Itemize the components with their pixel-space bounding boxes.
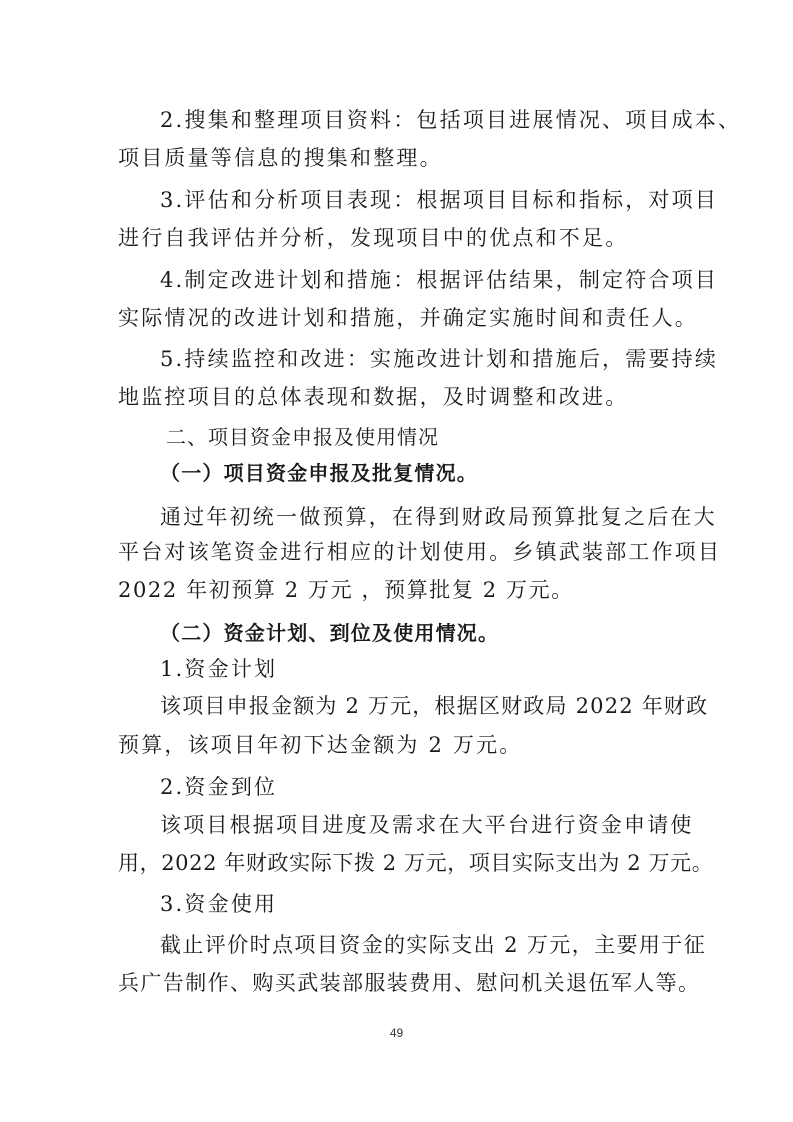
document-page: 2.搜集和整理项目资料：包括项目进展情况、项目成本、 项目质量等信息的搜集和整理… — [0, 0, 793, 1122]
sub-item-heading: 2.资金到位 — [160, 774, 683, 800]
sub-item-heading: 3.资金使用 — [160, 891, 683, 917]
paragraph-line: 该项目根据项目进度及需求在大平台进行资金申请使 — [160, 812, 683, 838]
paragraph-line: 平台对该笔资金进行相应的计划使用。乡镇武装部工作项目 — [118, 539, 683, 565]
sub-item-heading: 1.资金计划 — [160, 656, 683, 682]
subsection-heading-1: （一）项目资金申报及批复情况。 — [160, 460, 478, 486]
subsection-heading-2: （二）资金计划、到位及使用情况。 — [160, 620, 499, 646]
paragraph-line: 截止评价时点项目资金的实际支出 2 万元，主要用于征 — [160, 932, 683, 958]
page-number: 49 — [0, 1026, 793, 1040]
paragraph-line: 2022 年初预算 2 万元 ，预算批复 2 万元。 — [118, 577, 683, 603]
list-item-2-line-2: 项目质量等信息的搜集和整理。 — [118, 145, 683, 171]
list-item-4-line-1: 4.制定改进计划和措施：根据评估结果，制定符合项目 — [160, 267, 683, 293]
paragraph-line: 兵广告制作、购买武装部服装费用、慰问机关退伍军人等。 — [118, 970, 683, 996]
list-item-2-line-1: 2.搜集和整理项目资料：包括项目进展情况、项目成本、 — [160, 107, 683, 133]
section-heading: 二、项目资金申报及使用情况 — [166, 424, 439, 450]
list-item-3-line-1: 3.评估和分析项目表现：根据项目目标和指标，对项目 — [160, 187, 683, 213]
paragraph-line: 该项目申报金额为 2 万元，根据区财政局 2022 年财政 — [160, 693, 683, 719]
paragraph-line: 用，2022 年财政实际下拨 2 万元，项目实际支出为 2 万元。 — [118, 850, 683, 876]
list-item-5-line-2: 地监控项目的总体表现和数据，及时调整和改进。 — [118, 384, 683, 410]
list-item-3-line-2: 进行自我评估并分析，发现项目中的优点和不足。 — [118, 225, 683, 251]
paragraph-line: 通过年初统一做预算，在得到财政局预算批复之后在大 — [160, 504, 683, 530]
list-item-4-line-2: 实际情况的改进计划和措施，并确定实施时间和责任人。 — [118, 305, 683, 331]
paragraph-line: 预算，该项目年初下达金额为 2 万元。 — [118, 732, 683, 758]
list-item-5-line-1: 5.持续监控和改进：实施改进计划和措施后，需要持续 — [160, 346, 683, 372]
